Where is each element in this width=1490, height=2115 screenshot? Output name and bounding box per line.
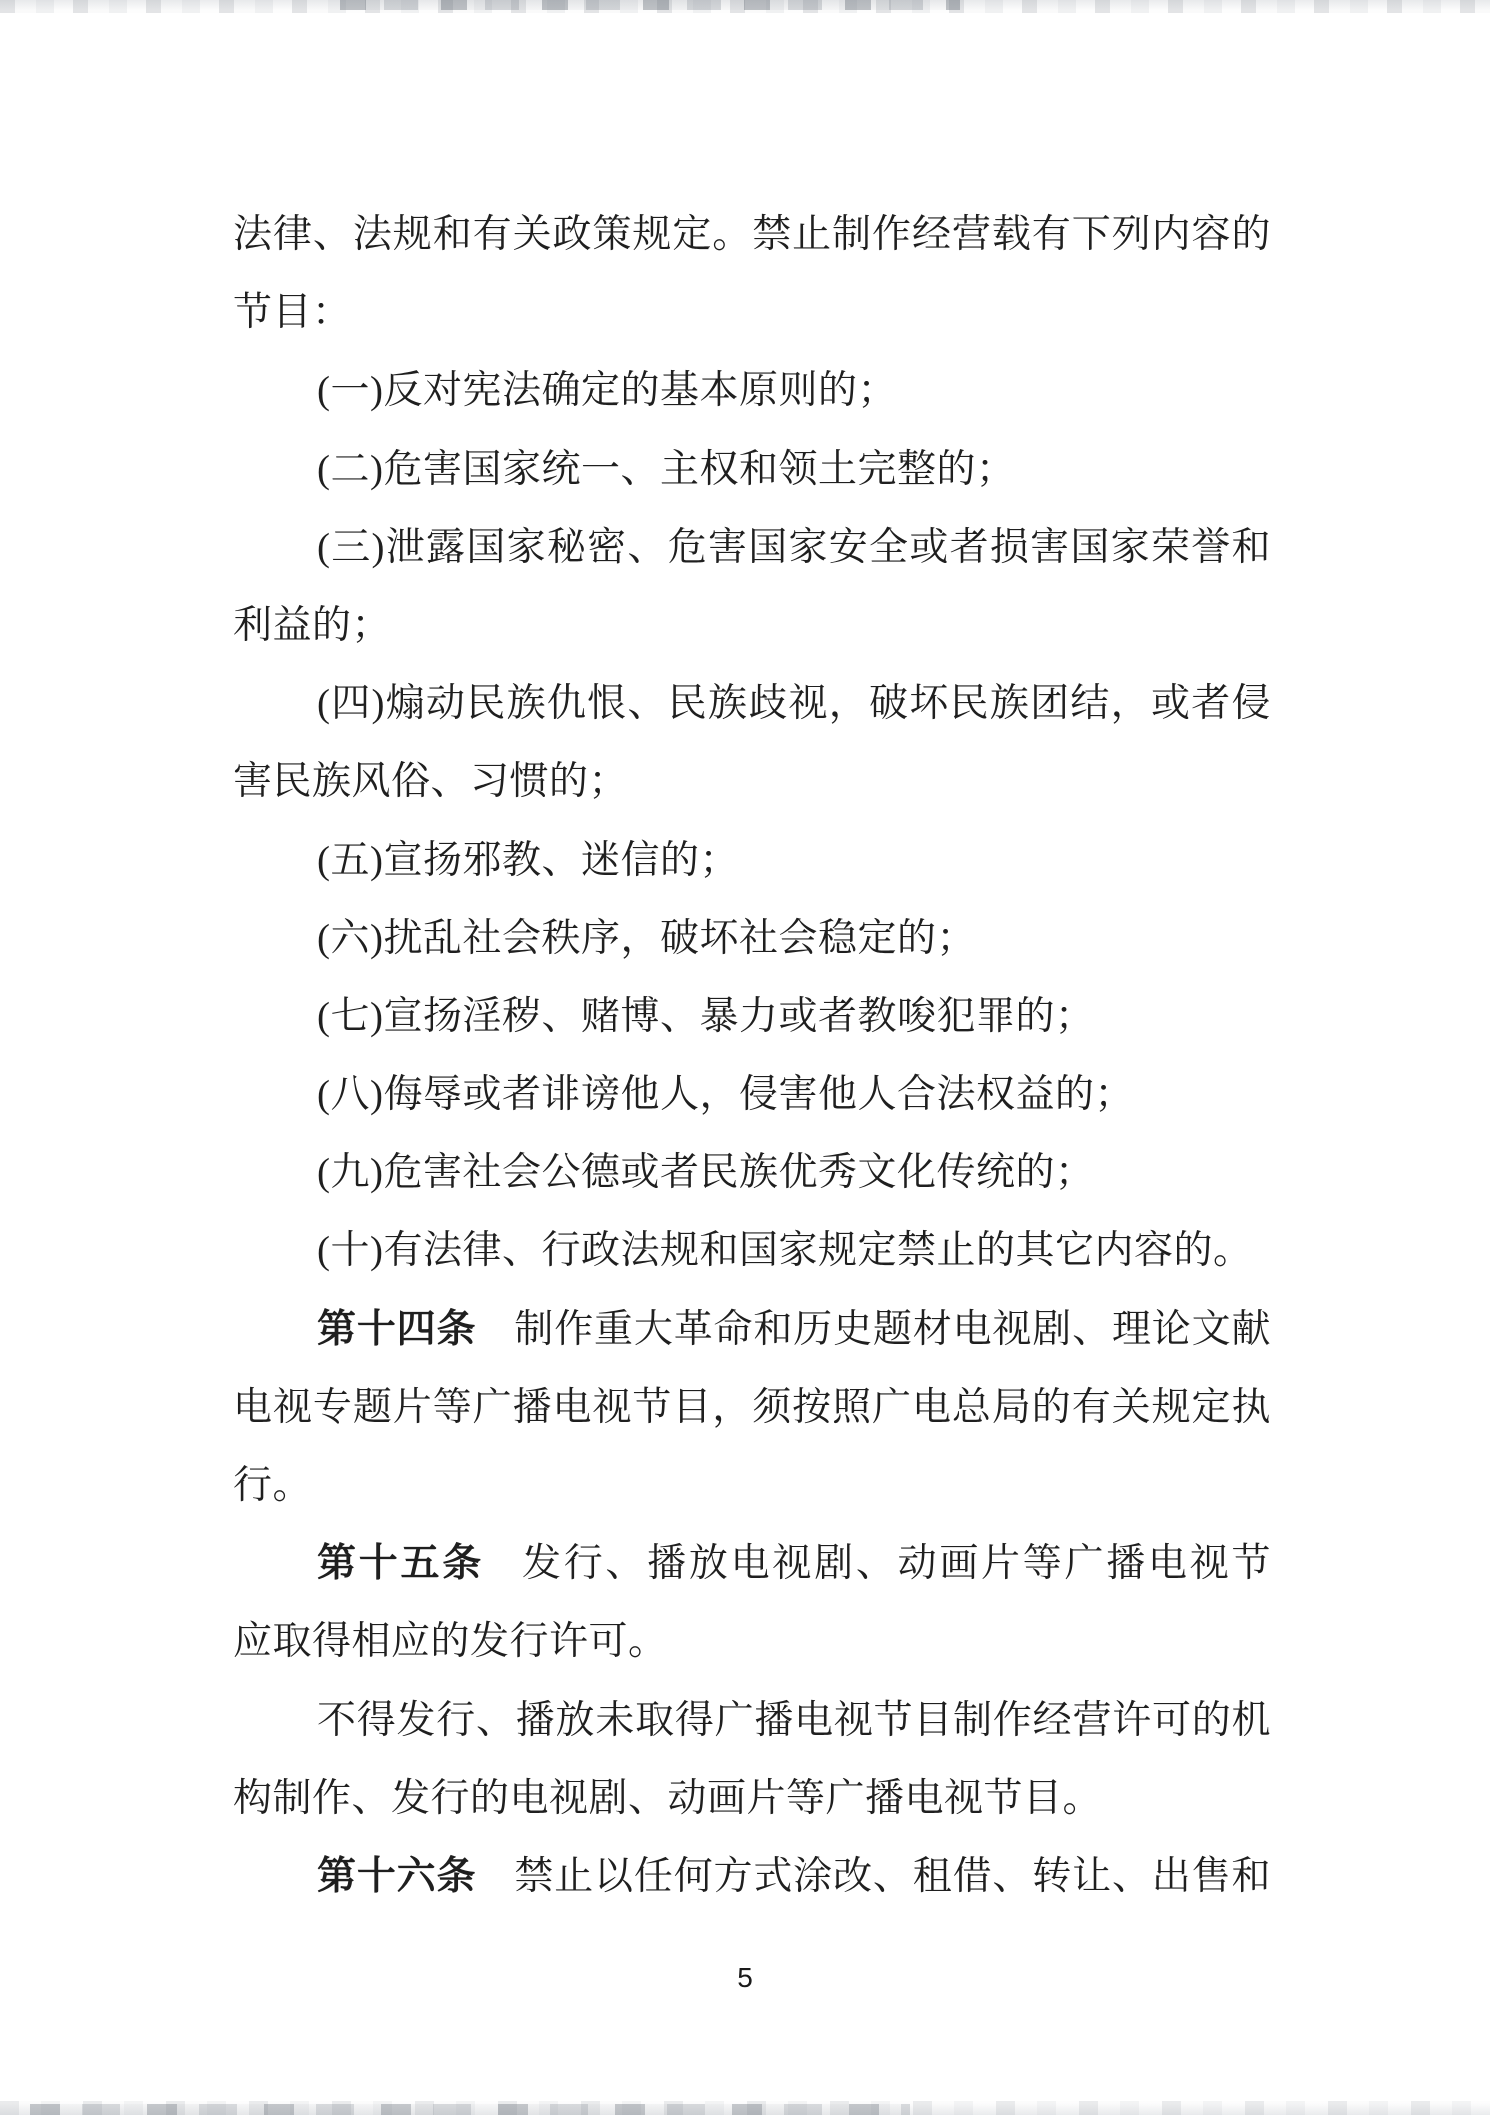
- scan-noise-bottom-streaks: [30, 2104, 910, 2115]
- line-text: 构制作、发行的电视剧、动画片等广播电视节目。: [233, 1777, 1102, 1820]
- text-line: (五)宣扬邪教、迷信的；: [233, 822, 1271, 900]
- line-text: (十)有法律、行政法规和国家规定禁止的其它内容的。: [317, 1229, 1252, 1272]
- text-line: (九)危害社会公德或者民族优秀文化传统的；: [233, 1134, 1271, 1212]
- line-text: 法律、法规和有关政策规定。禁止制作经营载有下列内容的: [233, 213, 1271, 256]
- text-line: (三)泄露国家秘密、危害国家安全或者损害国家荣誉和: [233, 509, 1271, 587]
- line-text: 节目：: [233, 291, 352, 334]
- text-line: 利益的；: [233, 587, 1271, 665]
- text-line: (二)危害国家统一、主权和领土完整的；: [233, 431, 1271, 509]
- line-text: (八)侮辱或者诽谤他人，侵害他人合法权益的；: [317, 1073, 1134, 1116]
- line-text: (四)煽动民族仇恨、民族歧视，破坏民族团结，或者侵: [317, 682, 1271, 725]
- scan-noise-top-streaks: [340, 0, 960, 10]
- text-line: (六)扰乱社会秩序，破坏社会稳定的；: [233, 900, 1271, 978]
- scan-noise-top: [0, 0, 1490, 13]
- text-line: 电视专题片等广播电视节目，须按照广电总局的有关规定执: [233, 1369, 1271, 1447]
- text-line: 第十六条禁止以任何方式涂改、租借、转让、出售和: [233, 1838, 1271, 1916]
- text-line: (一)反对宪法确定的基本原则的；: [233, 352, 1271, 430]
- document-text-block: 法律、法规和有关政策规定。禁止制作经营载有下列内容的节目：(一)反对宪法确定的基…: [233, 196, 1271, 1916]
- text-line: 法律、法规和有关政策规定。禁止制作经营载有下列内容的: [233, 196, 1271, 274]
- text-line: (四)煽动民族仇恨、民族歧视，破坏民族团结，或者侵: [233, 665, 1271, 743]
- text-line: 不得发行、播放未取得广播电视节目制作经营许可的机: [233, 1682, 1271, 1760]
- line-text: 电视专题片等广播电视节目，须按照广电总局的有关规定执: [233, 1386, 1271, 1429]
- line-text: (三)泄露国家秘密、危害国家安全或者损害国家荣誉和: [317, 526, 1271, 569]
- text-line: (十)有法律、行政法规和国家规定禁止的其它内容的。: [233, 1212, 1271, 1290]
- document-page: 法律、法规和有关政策规定。禁止制作经营载有下列内容的节目：(一)反对宪法确定的基…: [0, 0, 1490, 2115]
- line-text: 行。: [233, 1464, 312, 1507]
- article-number: 第十六条: [317, 1855, 476, 1898]
- text-line: (八)侮辱或者诽谤他人，侵害他人合法权益的；: [233, 1056, 1271, 1134]
- text-line: 构制作、发行的电视剧、动画片等广播电视节目。: [233, 1760, 1271, 1838]
- text-line: 第十四条制作重大革命和历史题材电视剧、理论文献: [233, 1291, 1271, 1369]
- line-text: (九)危害社会公德或者民族优秀文化传统的；: [317, 1151, 1094, 1194]
- line-text: 害民族风俗、习惯的；: [233, 760, 628, 803]
- line-text: (五)宣扬邪教、迷信的；: [317, 839, 739, 882]
- line-text: 制作重大革命和历史题材电视剧、理论文献: [514, 1308, 1271, 1351]
- text-line: 害民族风俗、习惯的；: [233, 743, 1271, 821]
- line-text: 禁止以任何方式涂改、租借、转让、出售和: [514, 1855, 1271, 1898]
- text-line: (七)宣扬淫秽、赌博、暴力或者教唆犯罪的；: [233, 978, 1271, 1056]
- article-number: 第十五条: [317, 1542, 484, 1585]
- line-text: 应取得相应的发行许可。: [233, 1620, 668, 1663]
- text-line: 应取得相应的发行许可。: [233, 1603, 1271, 1681]
- article-number: 第十四条: [317, 1308, 476, 1351]
- text-line: 第十五条发行、播放电视剧、动画片等广播电视节目，: [233, 1525, 1271, 1603]
- text-line: 行。: [233, 1447, 1271, 1525]
- scan-noise-bottom: [0, 2101, 1490, 2115]
- line-text: (二)危害国家统一、主权和领土完整的；: [317, 448, 1015, 491]
- text-line: 节目：: [233, 274, 1271, 352]
- line-text: 利益的；: [233, 604, 391, 647]
- page-number: 5: [0, 1962, 1490, 1994]
- line-text: (六)扰乱社会秩序，破坏社会稳定的；: [317, 917, 976, 960]
- line-text: (一)反对宪法确定的基本原则的；: [317, 369, 897, 412]
- line-text: (七)宣扬淫秽、赌博、暴力或者教唆犯罪的；: [317, 995, 1094, 1038]
- line-text: 不得发行、播放未取得广播电视节目制作经营许可的机: [317, 1699, 1271, 1742]
